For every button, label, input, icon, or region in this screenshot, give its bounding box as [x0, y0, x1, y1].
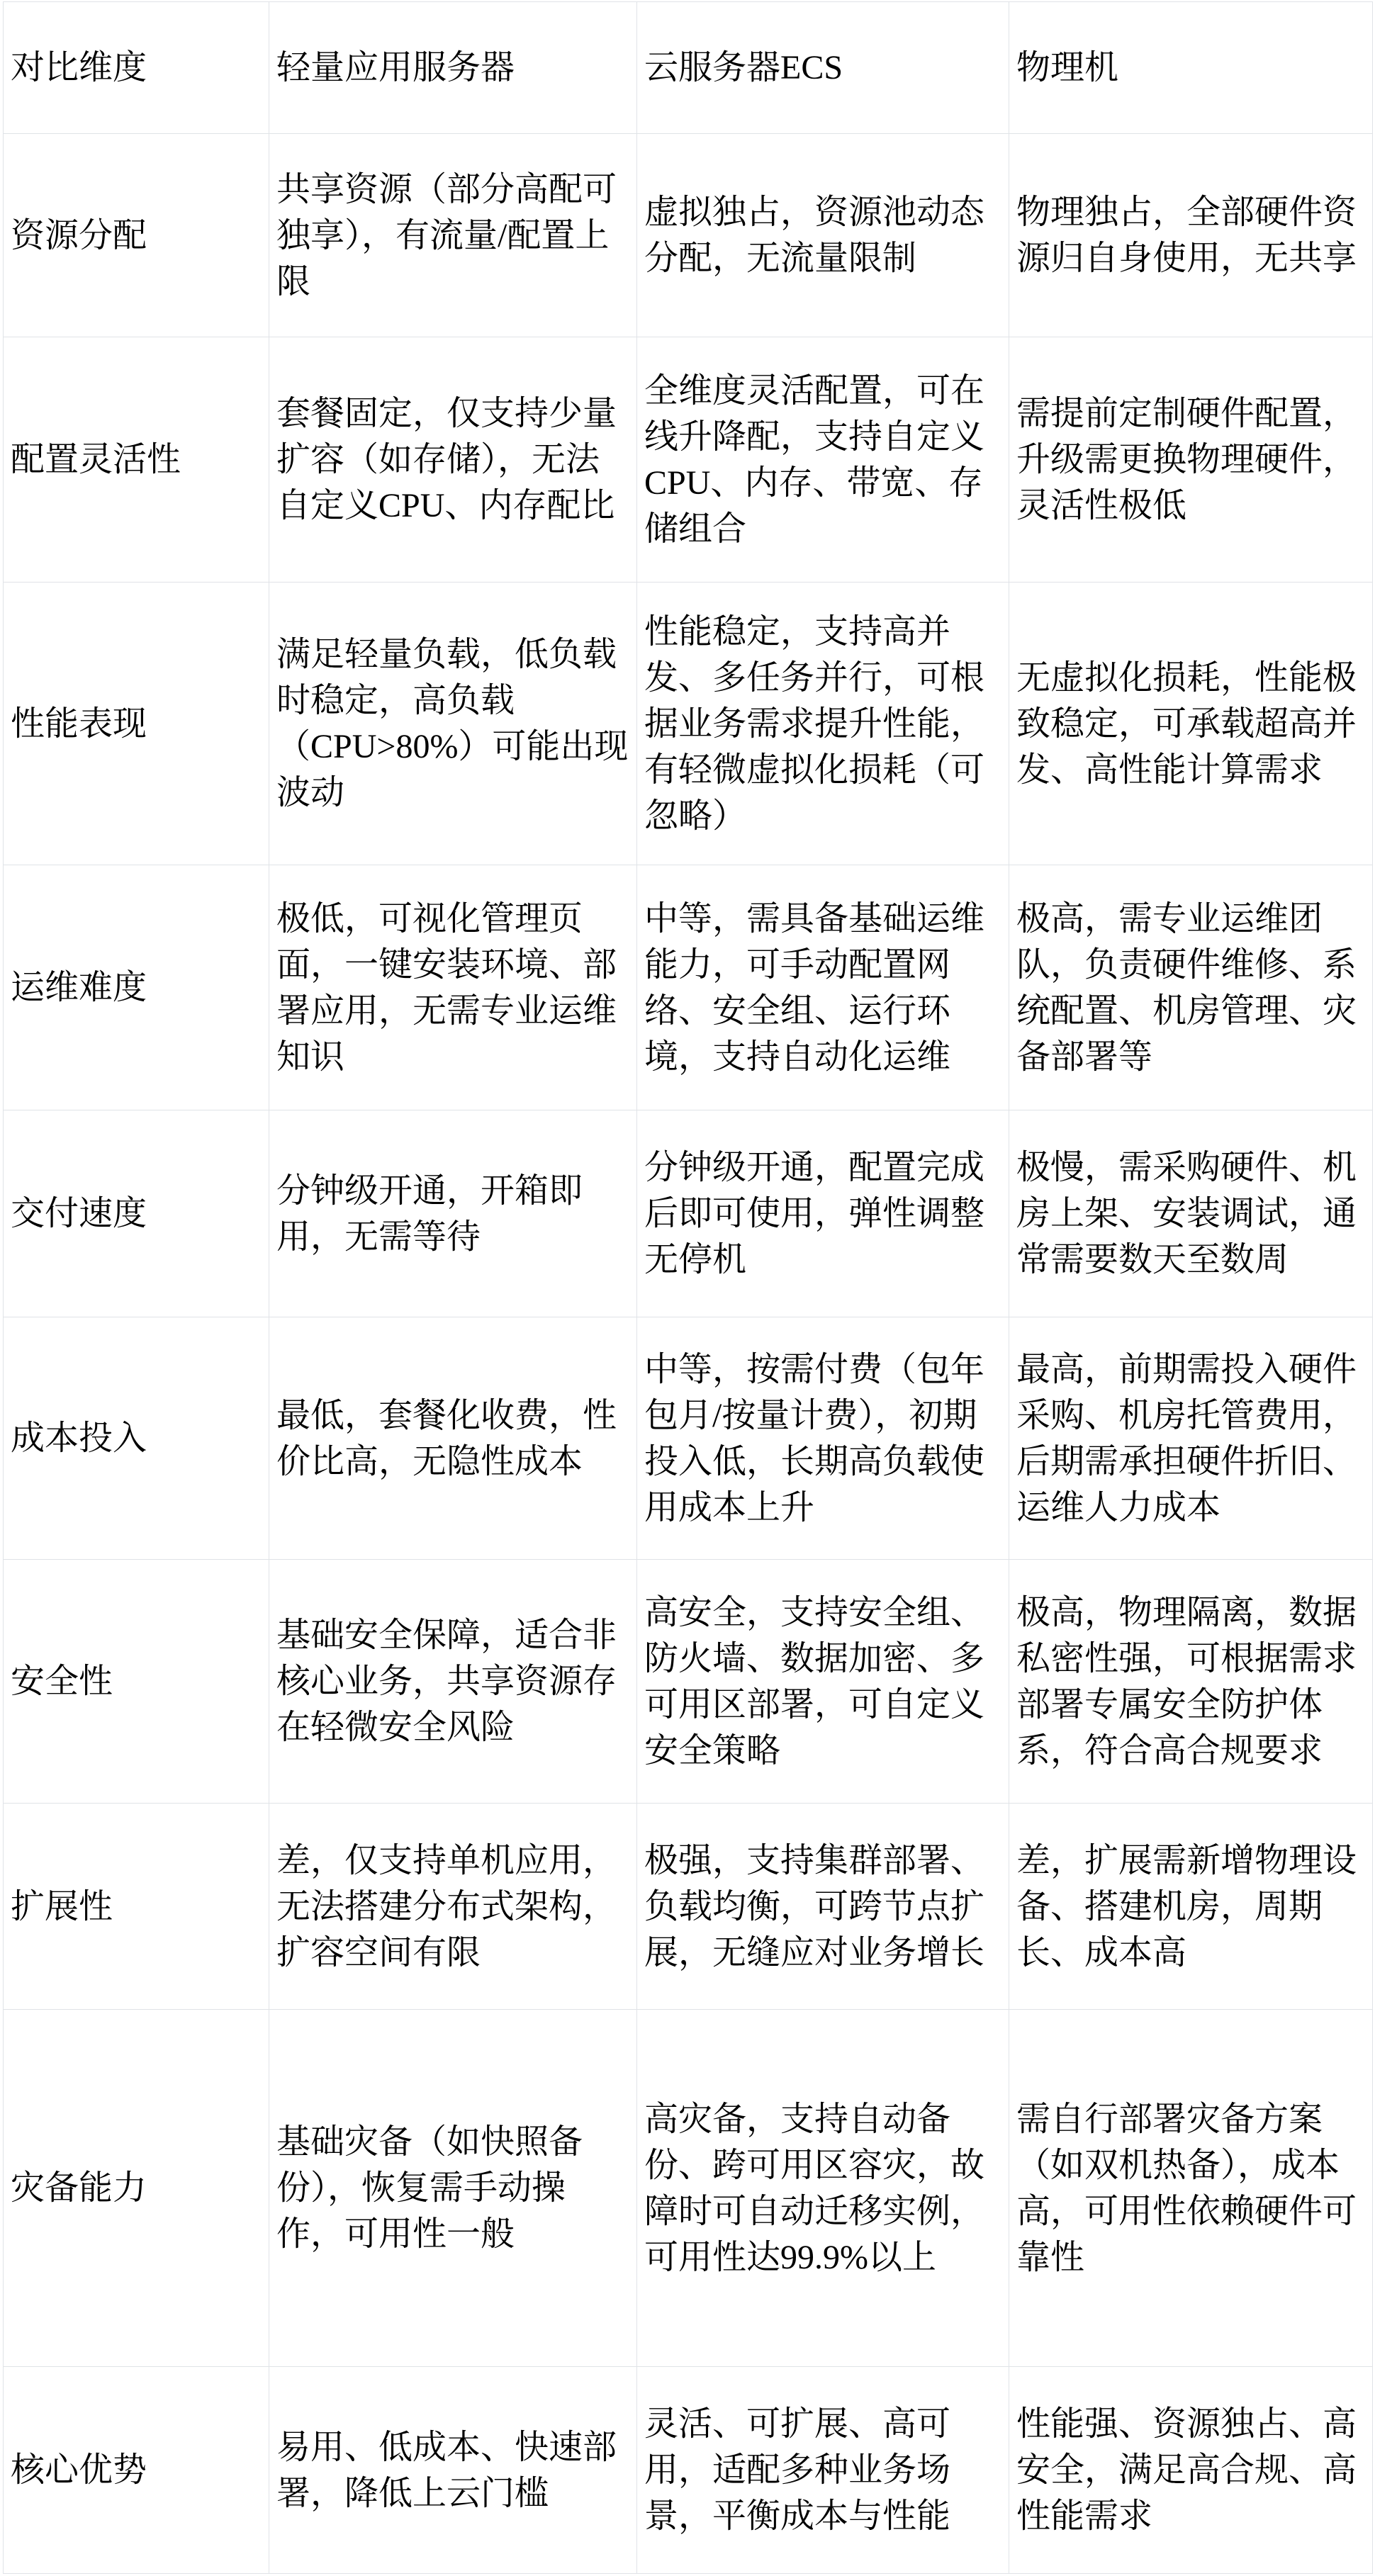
table-row: 扩展性 差，仅支持单机应用，无法搭建分布式架构，扩容空间有限 极强，支持集群部署… — [4, 1804, 1373, 2010]
cell-ecs: 虚拟独占，资源池动态分配，无流量限制 — [637, 134, 1009, 337]
server-comparison-table: 对比维度 轻量应用服务器 云服务器ECS 物理机 资源分配 共享资源（部分高配可… — [3, 1, 1373, 2574]
table-row: 灾备能力 基础灾备（如快照备份），恢复需手动操作，可用性一般 高灾备，支持自动备… — [4, 2010, 1373, 2367]
cell-physical: 需自行部署灾备方案（如双机热备），成本高，可用性依赖硬件可靠性 — [1009, 2010, 1373, 2367]
cell-physical: 极高，需专业运维团队，负责硬件维修、系统配置、机房管理、灾备部署等 — [1009, 865, 1373, 1110]
table-row: 交付速度 分钟级开通，开箱即用，无需等待 分钟级开通，配置完成后即可使用，弹性调… — [4, 1110, 1373, 1317]
cell-physical: 性能强、资源独占、高安全，满足高合规、高性能需求 — [1009, 2367, 1373, 2574]
row-label: 扩展性 — [4, 1804, 269, 2010]
cell-lightweight: 分钟级开通，开箱即用，无需等待 — [269, 1110, 637, 1317]
cell-physical: 需提前定制硬件配置，升级需更换物理硬件，灵活性极低 — [1009, 337, 1373, 583]
row-label: 配置灵活性 — [4, 337, 269, 583]
cell-physical: 极高，物理隔离，数据私密性强，可根据需求部署专属安全防护体系，符合高合规要求 — [1009, 1560, 1373, 1804]
cell-physical: 极慢，需采购硬件、机房上架、安装调试，通常需要数天至数周 — [1009, 1110, 1373, 1317]
column-header-physical: 物理机 — [1009, 2, 1373, 134]
row-label: 成本投入 — [4, 1317, 269, 1560]
table-row: 配置灵活性 套餐固定，仅支持少量扩容（如存储），无法自定义CPU、内存配比 全维… — [4, 337, 1373, 583]
comparison-table-container: 对比维度 轻量应用服务器 云服务器ECS 物理机 资源分配 共享资源（部分高配可… — [0, 0, 1375, 2574]
column-header-dimension: 对比维度 — [4, 2, 269, 134]
cell-lightweight: 差，仅支持单机应用，无法搭建分布式架构，扩容空间有限 — [269, 1804, 637, 2010]
table-row: 性能表现 满足轻量负载，低负载时稳定，高负载（CPU>80%）可能出现波动 性能… — [4, 583, 1373, 865]
cell-physical: 物理独占，全部硬件资源归自身使用，无共享 — [1009, 134, 1373, 337]
row-label: 资源分配 — [4, 134, 269, 337]
cell-ecs: 分钟级开通，配置完成后即可使用，弹性调整无停机 — [637, 1110, 1009, 1317]
table-row: 资源分配 共享资源（部分高配可独享），有流量/配置上限 虚拟独占，资源池动态分配… — [4, 134, 1373, 337]
cell-ecs: 极强，支持集群部署、负载均衡，可跨节点扩展，无缝应对业务增长 — [637, 1804, 1009, 2010]
table-row: 运维难度 极低，可视化管理页面，一键安装环境、部署应用，无需专业运维知识 中等，… — [4, 865, 1373, 1110]
table-row: 核心优势 易用、低成本、快速部署，降低上云门槛 灵活、可扩展、高可用，适配多种业… — [4, 2367, 1373, 2574]
row-label: 安全性 — [4, 1560, 269, 1804]
cell-ecs: 高灾备，支持自动备份、跨可用区容灾，故障时可自动迁移实例，可用性达99.9%以上 — [637, 2010, 1009, 2367]
row-label: 灾备能力 — [4, 2010, 269, 2367]
cell-lightweight: 套餐固定，仅支持少量扩容（如存储），无法自定义CPU、内存配比 — [269, 337, 637, 583]
row-label: 运维难度 — [4, 865, 269, 1110]
cell-lightweight: 极低，可视化管理页面，一键安装环境、部署应用，无需专业运维知识 — [269, 865, 637, 1110]
cell-ecs: 灵活、可扩展、高可用，适配多种业务场景，平衡成本与性能 — [637, 2367, 1009, 2574]
column-header-ecs: 云服务器ECS — [637, 2, 1009, 134]
cell-lightweight: 易用、低成本、快速部署，降低上云门槛 — [269, 2367, 637, 2574]
cell-lightweight: 基础灾备（如快照备份），恢复需手动操作，可用性一般 — [269, 2010, 637, 2367]
column-header-lightweight: 轻量应用服务器 — [269, 2, 637, 134]
cell-lightweight: 满足轻量负载，低负载时稳定，高负载（CPU>80%）可能出现波动 — [269, 583, 637, 865]
cell-lightweight: 基础安全保障，适合非核心业务，共享资源存在轻微安全风险 — [269, 1560, 637, 1804]
cell-lightweight: 共享资源（部分高配可独享），有流量/配置上限 — [269, 134, 637, 337]
header-row: 对比维度 轻量应用服务器 云服务器ECS 物理机 — [4, 2, 1373, 134]
row-label: 性能表现 — [4, 583, 269, 865]
row-label: 核心优势 — [4, 2367, 269, 2574]
row-label: 交付速度 — [4, 1110, 269, 1317]
table-row: 安全性 基础安全保障，适合非核心业务，共享资源存在轻微安全风险 高安全，支持安全… — [4, 1560, 1373, 1804]
table-row: 成本投入 最低，套餐化收费，性价比高，无隐性成本 中等，按需付费（包年包月/按量… — [4, 1317, 1373, 1560]
cell-ecs: 性能稳定，支持高并发、多任务并行，可根据业务需求提升性能，有轻微虚拟化损耗（可忽… — [637, 583, 1009, 865]
cell-ecs: 中等，需具备基础运维能力，可手动配置网络、安全组、运行环境，支持自动化运维 — [637, 865, 1009, 1110]
cell-ecs: 中等，按需付费（包年包月/按量计费），初期投入低，长期高负载使用成本上升 — [637, 1317, 1009, 1560]
cell-physical: 最高，前期需投入硬件采购、机房托管费用，后期需承担硬件折旧、运维人力成本 — [1009, 1317, 1373, 1560]
cell-physical: 无虚拟化损耗，性能极致稳定，可承载超高并发、高性能计算需求 — [1009, 583, 1373, 865]
cell-lightweight: 最低，套餐化收费，性价比高，无隐性成本 — [269, 1317, 637, 1560]
cell-physical: 差，扩展需新增物理设备、搭建机房，周期长、成本高 — [1009, 1804, 1373, 2010]
cell-ecs: 高安全，支持安全组、防火墙、数据加密、多可用区部署，可自定义安全策略 — [637, 1560, 1009, 1804]
cell-ecs: 全维度灵活配置，可在线升降配，支持自定义CPU、内存、带宽、存储组合 — [637, 337, 1009, 583]
